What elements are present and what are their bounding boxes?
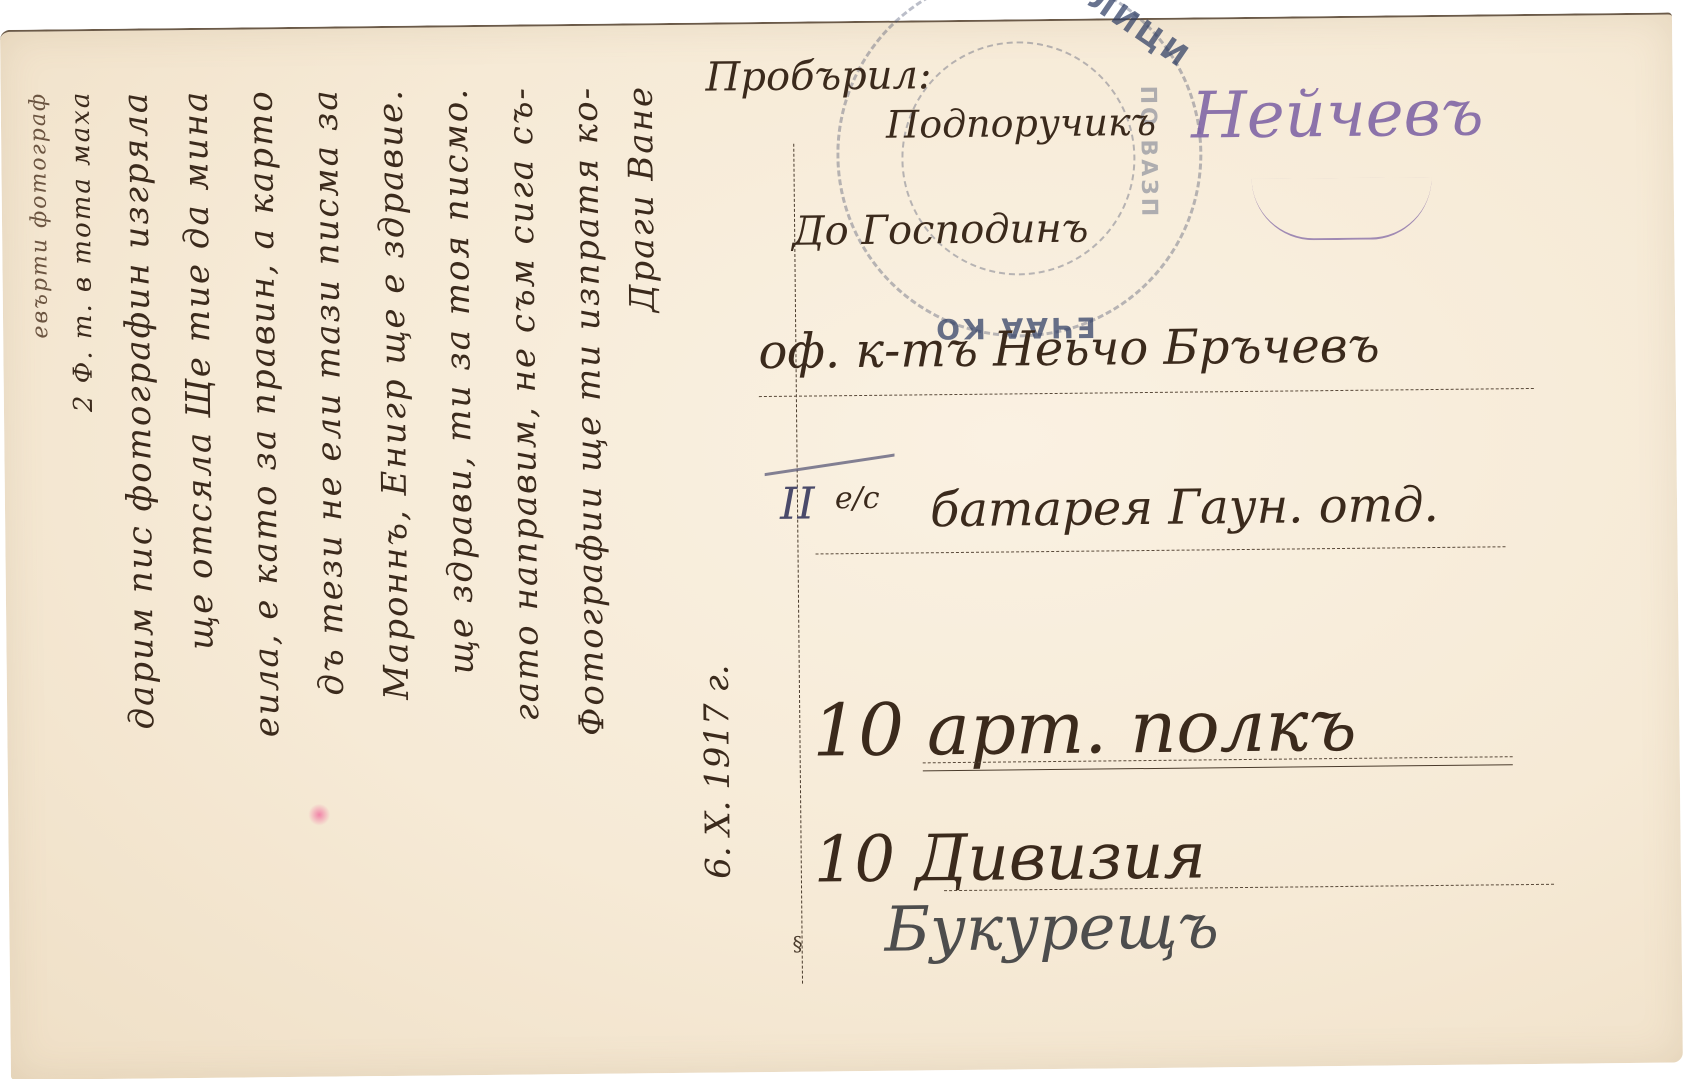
address-line-1 <box>759 388 1534 397</box>
message-line: ще отсяла Ще тие да мина <box>176 90 226 1070</box>
ink-blot <box>308 804 330 826</box>
message-line: 2 Ф. т. в тота маха <box>66 91 106 1071</box>
censor-signature: Нейчевъ <box>1191 76 1484 153</box>
message-line: Фотографии ще ти изпратя ко- <box>566 86 616 1066</box>
message-line: ще здрави, ти за тоя писмо. <box>436 87 486 1067</box>
address-division: 10 Дивизия <box>813 819 1206 897</box>
address-name: оф. к-тъ Неьчо Бръчевъ <box>758 318 1380 381</box>
unit-suffix: е/с <box>835 481 880 516</box>
message-line: Мароннъ, Енигр ще е здравие. <box>371 88 421 1068</box>
address-salutation: До Господинъ <box>792 206 1089 255</box>
address-city: Букурещъ <box>884 889 1219 965</box>
unit-number: II <box>780 478 815 529</box>
address-line-2 <box>816 546 1506 554</box>
message-line: Драги Ване <box>621 85 671 1065</box>
postcard: Драги Ване Фотографии ще ти изпратя ко- … <box>0 12 1683 1079</box>
checked-label: Пробърил: <box>705 52 931 100</box>
section-mark: § <box>792 932 802 956</box>
message-area: Драги Ване Фотографии ще ти изпратя ко- … <box>21 85 711 1052</box>
message-line: еила, е като за правин, а карто <box>241 89 291 1069</box>
address-battery: батарея Гаун. отд. <box>930 477 1439 538</box>
message-line: евърти фотограф <box>26 91 61 1071</box>
message-line: дъ тези не ели тази писма за <box>306 88 356 1068</box>
signature-flourish <box>1252 177 1433 241</box>
message-line: гато направим, не съм сига съ- <box>501 86 551 1066</box>
message-date: 6. X. 1917 г. <box>697 664 739 879</box>
message-line: дарим пис фотографин изгряла <box>116 90 166 1070</box>
sender-rank: Подпоручикъ <box>886 100 1156 147</box>
